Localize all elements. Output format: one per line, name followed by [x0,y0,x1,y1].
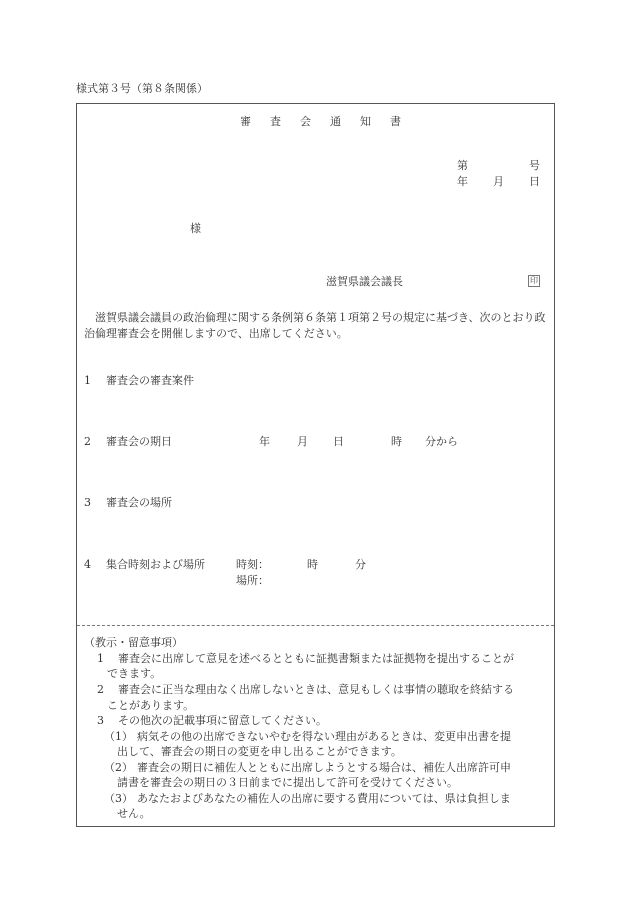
subnote-3-line2: せん。 [117,807,151,821]
item-2-month: 月 [297,435,308,449]
note-1-number: 1 [97,652,104,666]
addressee-suffix: 様 [190,222,201,236]
note-3-line1: その他次の記載事項に留意してください。 [118,714,327,728]
subnote-3-number: （3） [104,792,133,806]
date-day-label: 日 [529,175,540,189]
item-2-minute-from: 分から [425,435,458,449]
item-4-time-label: 時刻： [236,558,269,572]
note-2-number: 2 [97,683,104,697]
note-2-line2: ことがあります。 [107,699,194,713]
subnote-1-line2: 出して、審査会の期日の変更を申し出ることができます。 [117,745,402,759]
item-4-label: 集合時刻および場所 [106,558,205,572]
doc-number-suffix: 号 [529,159,540,173]
doc-number-prefix: 第 [457,159,468,173]
notes-heading: （教示・留意事項） [84,636,183,650]
item-1-number: 1 [84,374,91,388]
item-2-day: 日 [333,435,344,449]
note-1-line2: できます。 [107,667,161,681]
item-2-hour: 時 [391,435,402,449]
subnote-2-number: （2） [104,761,133,775]
item-3-label: 審査会の場所 [106,496,172,510]
subnote-2-line2: 請書を審査会の期日の３日前までに提出して許可を受けてください。 [117,776,458,790]
document-title: 審査会通知書 [240,115,420,129]
subnote-1-number: （1） [104,730,133,744]
dotted-divider [77,625,554,626]
item-2-number: 2 [84,435,91,449]
subnote-2-line1: 審査会の期日に補佐人とともに出席しようとする場合は、補佐人出席許可申 [137,761,511,775]
note-2-line1: 審査会に正当な理由なく出席しないときは、意見もしくは事情の聴取を終結する [118,683,514,697]
sender-name: 滋賀県議会議長 [326,275,403,289]
item-2-year: 年 [259,435,270,449]
item-3-number: 3 [84,496,91,510]
subnote-3-line1: あなたおよびあなたの補佐人の出席に要する費用については、県は負担しま [137,792,511,806]
item-4-number: 4 [84,558,91,572]
note-3-number: 3 [97,714,104,728]
form-number: 様式第３号（第８条関係） [76,82,208,96]
subnote-1-line1: 病気その他の出席できないやむを得ない理由があるときは、変更申出書を提 [137,730,511,744]
item-4-place-label: 場所： [236,574,269,588]
notice-body: 滋賀県議会議員の政治倫理に関する条例第６条第１項第２号の規定に基づき、次のとおり… [84,310,554,342]
seal-icon: 印 [528,275,540,287]
item-2-label: 審査会の期日 [106,435,172,449]
item-4-minute: 分 [355,558,366,572]
item-4-hour: 時 [307,558,318,572]
notice-body-text: 滋賀県議会議員の政治倫理に関する条例第６条第１項第２号の規定に基づき、次のとおり… [84,311,546,340]
item-1-label: 審査会の審査案件 [106,374,194,388]
note-1-line1: 審査会に出席して意見を述べるとともに証拠書類または証拠物を提出することが [118,652,514,666]
date-month-label: 月 [493,175,504,189]
date-year-label: 年 [457,175,468,189]
